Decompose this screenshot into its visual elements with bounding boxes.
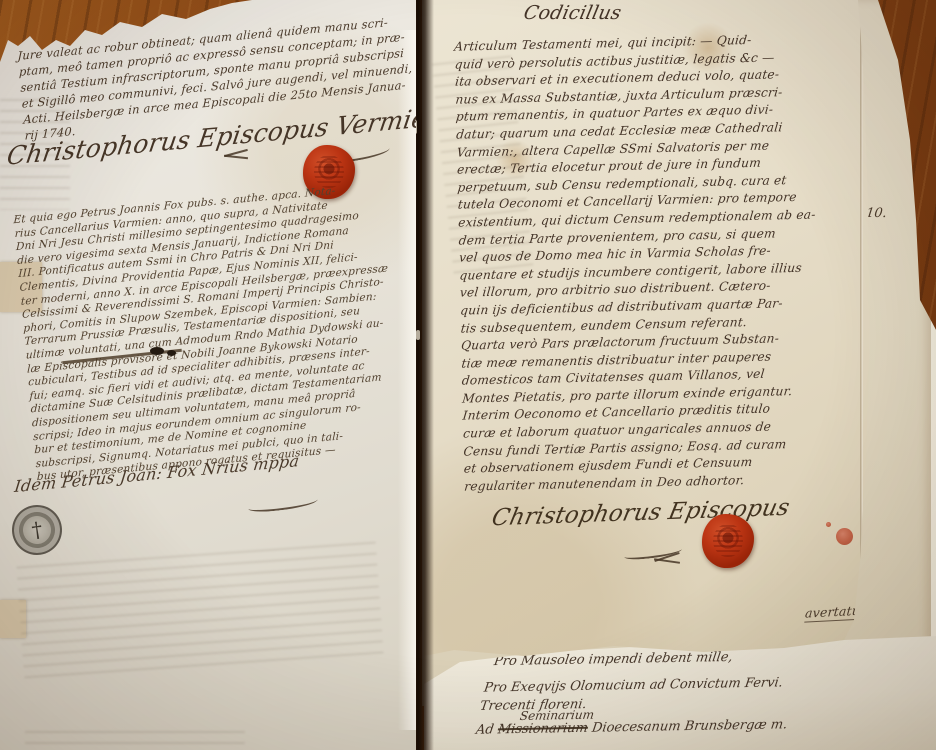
struck-word: Missionarium — [497, 721, 589, 738]
right-page-codicillus: Codicillus Articulum Testamenti mei, qui… — [424, 0, 896, 672]
annotation-line-corrected: Ad MissionariumSeminarium Dioecesanum Br… — [475, 717, 788, 737]
red-wax-dot — [836, 528, 853, 545]
ink-blot — [150, 347, 164, 355]
annotation-line: Pro Exeqvijs Olomucium ad Convictum Ferv… — [483, 675, 784, 695]
codicil-heading: Codicillus — [522, 2, 624, 24]
red-wax-seal — [702, 514, 754, 568]
inserted-word: Seminarium — [519, 708, 595, 723]
page-margin-note: 10. — [865, 206, 888, 221]
ink-blot — [167, 350, 176, 356]
notarial-body-text: Et quia ego Petrus Joannis Fox pubs. s. … — [13, 178, 438, 485]
codicil-body-text: Articulum Testamenti mei, qui incipit: —… — [454, 29, 876, 496]
wax-seal-crest — [314, 155, 343, 188]
ink-showthrough — [25, 722, 245, 744]
left-page-attestation: Jure valeat ac robur obtineat; quam alie… — [0, 0, 416, 750]
notary-embossed-stamp: † — [9, 502, 65, 558]
notary-cross-icon: † — [30, 517, 44, 542]
ink-showthrough — [16, 533, 384, 688]
annotation-rest: Dioecesanum Brunsbergæ m. — [587, 717, 788, 736]
red-wax-speck — [826, 522, 831, 527]
signature-flourish — [248, 494, 319, 513]
wax-seal-crest — [713, 524, 742, 557]
torn-paper-fleck — [416, 330, 420, 340]
annotation-prefix: Ad — [475, 722, 499, 737]
photograph-of-manuscripts: 10. Pro Mausoleo impendi debent mille, P… — [0, 0, 936, 750]
paraph-flourish — [224, 155, 248, 159]
